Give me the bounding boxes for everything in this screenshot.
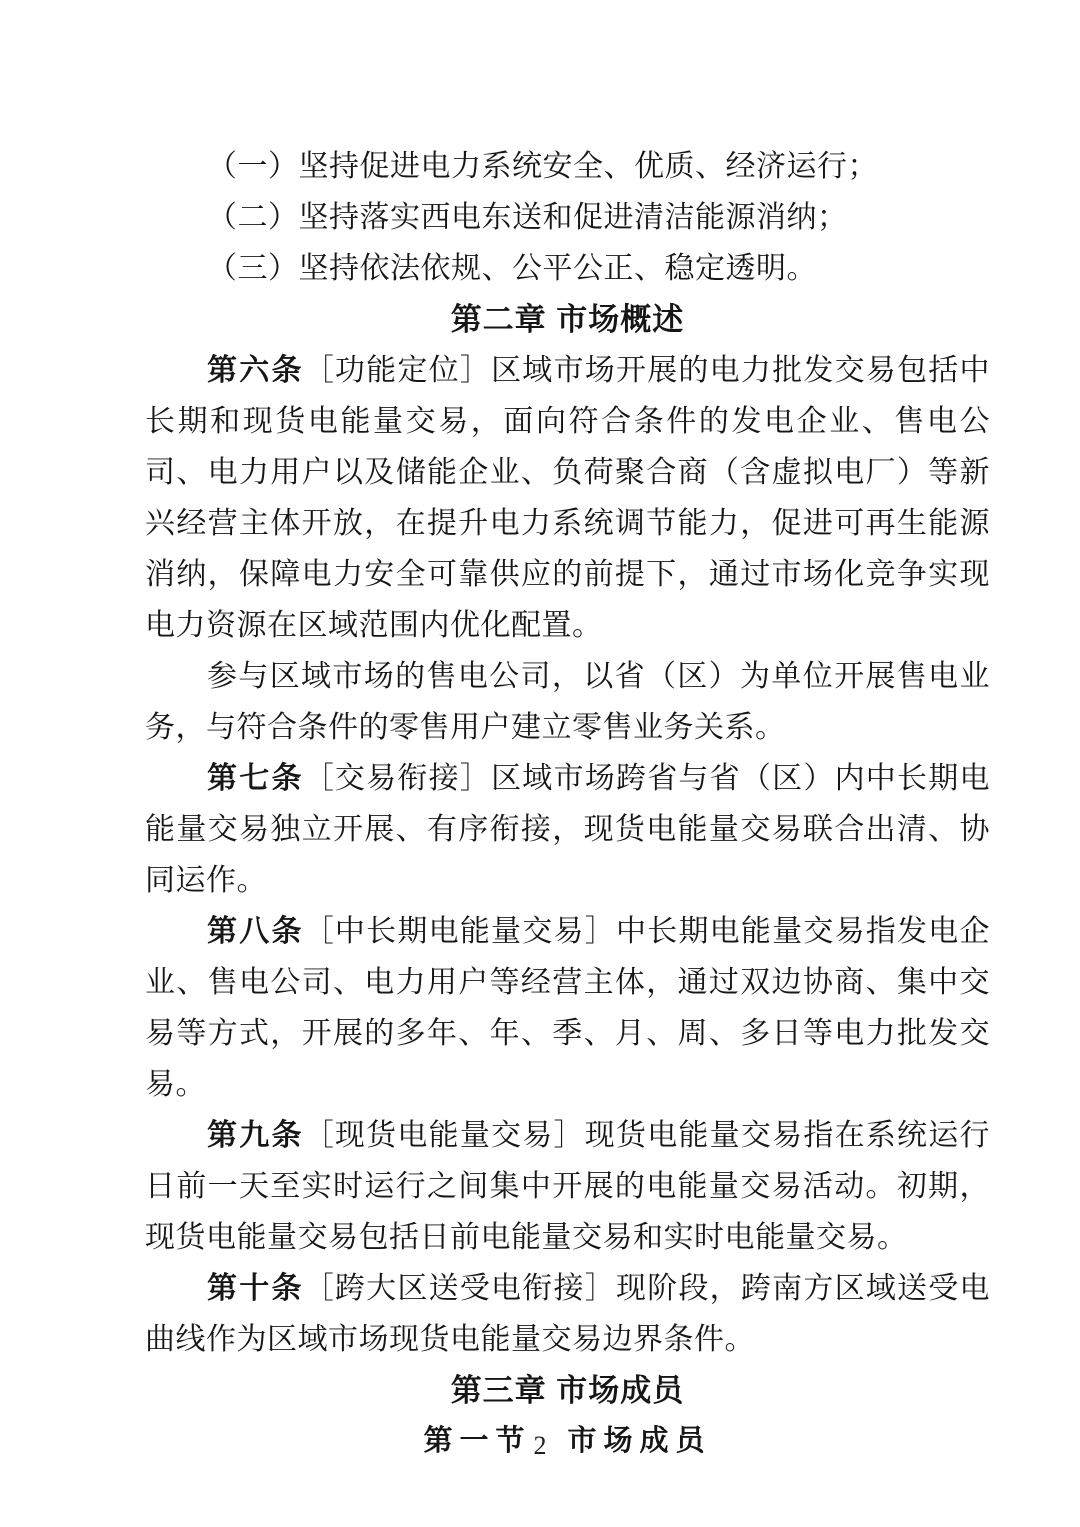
article-6-body: 区域市场开展的电力批发交易包括中长期和现货电能量交易，面向符合条件的发电企业、售… [145,354,990,642]
principle-item-2: （二）坚持落实西电东送和促进清洁能源消纳； [145,192,990,243]
retail-paragraph: 参与区域市场的售电公司，以省（区）为单位开展售电业务，与符合条件的零售用户建立零… [145,651,990,753]
article-6-tag: ［功能定位］ [304,354,491,387]
chapter-3-heading: 第三章 市场成员 [145,1365,990,1416]
article-8-paragraph: 第八条［中长期电能量交易］中长期电能量交易指发电企业、售电公司、电力用户等经营主… [145,906,990,1110]
article-8-tag: ［中长期电能量交易］ [304,915,616,948]
article-10-tag: ［跨大区送受电衔接］ [304,1272,616,1305]
article-7-number: 第七条 [207,762,304,795]
article-9-number: 第九条 [207,1119,304,1152]
article-7-paragraph: 第七条［交易衔接］区域市场跨省与省（区）内中长期电能量交易独立开展、有序衔接，现… [145,753,990,906]
article-10-paragraph: 第十条［跨大区送受电衔接］现阶段，跨南方区域送受电曲线作为区域市场现货电能量交易… [145,1263,990,1365]
article-8-number: 第八条 [207,915,304,948]
article-10-number: 第十条 [207,1272,304,1305]
article-6-paragraph: 第六条［功能定位］区域市场开展的电力批发交易包括中长期和现货电能量交易，面向符合… [145,345,990,651]
article-6-number: 第六条 [207,354,304,387]
document-page: （一）坚持促进电力系统安全、优质、经济运行； （二）坚持落实西电东送和促进清洁能… [0,0,1080,1527]
page-number: 2 [0,1430,1080,1462]
article-7-tag: ［交易衔接］ [304,762,491,795]
article-9-paragraph: 第九条［现货电能量交易］现货电能量交易指在系统运行日前一天至实时运行之间集中开展… [145,1110,990,1263]
chapter-2-heading: 第二章 市场概述 [145,294,990,345]
article-9-tag: ［现货电能量交易］ [304,1119,585,1152]
principle-item-1: （一）坚持促进电力系统安全、优质、经济运行； [145,141,990,192]
principle-item-3: （三）坚持依法依规、公平公正、稳定透明。 [145,243,990,294]
